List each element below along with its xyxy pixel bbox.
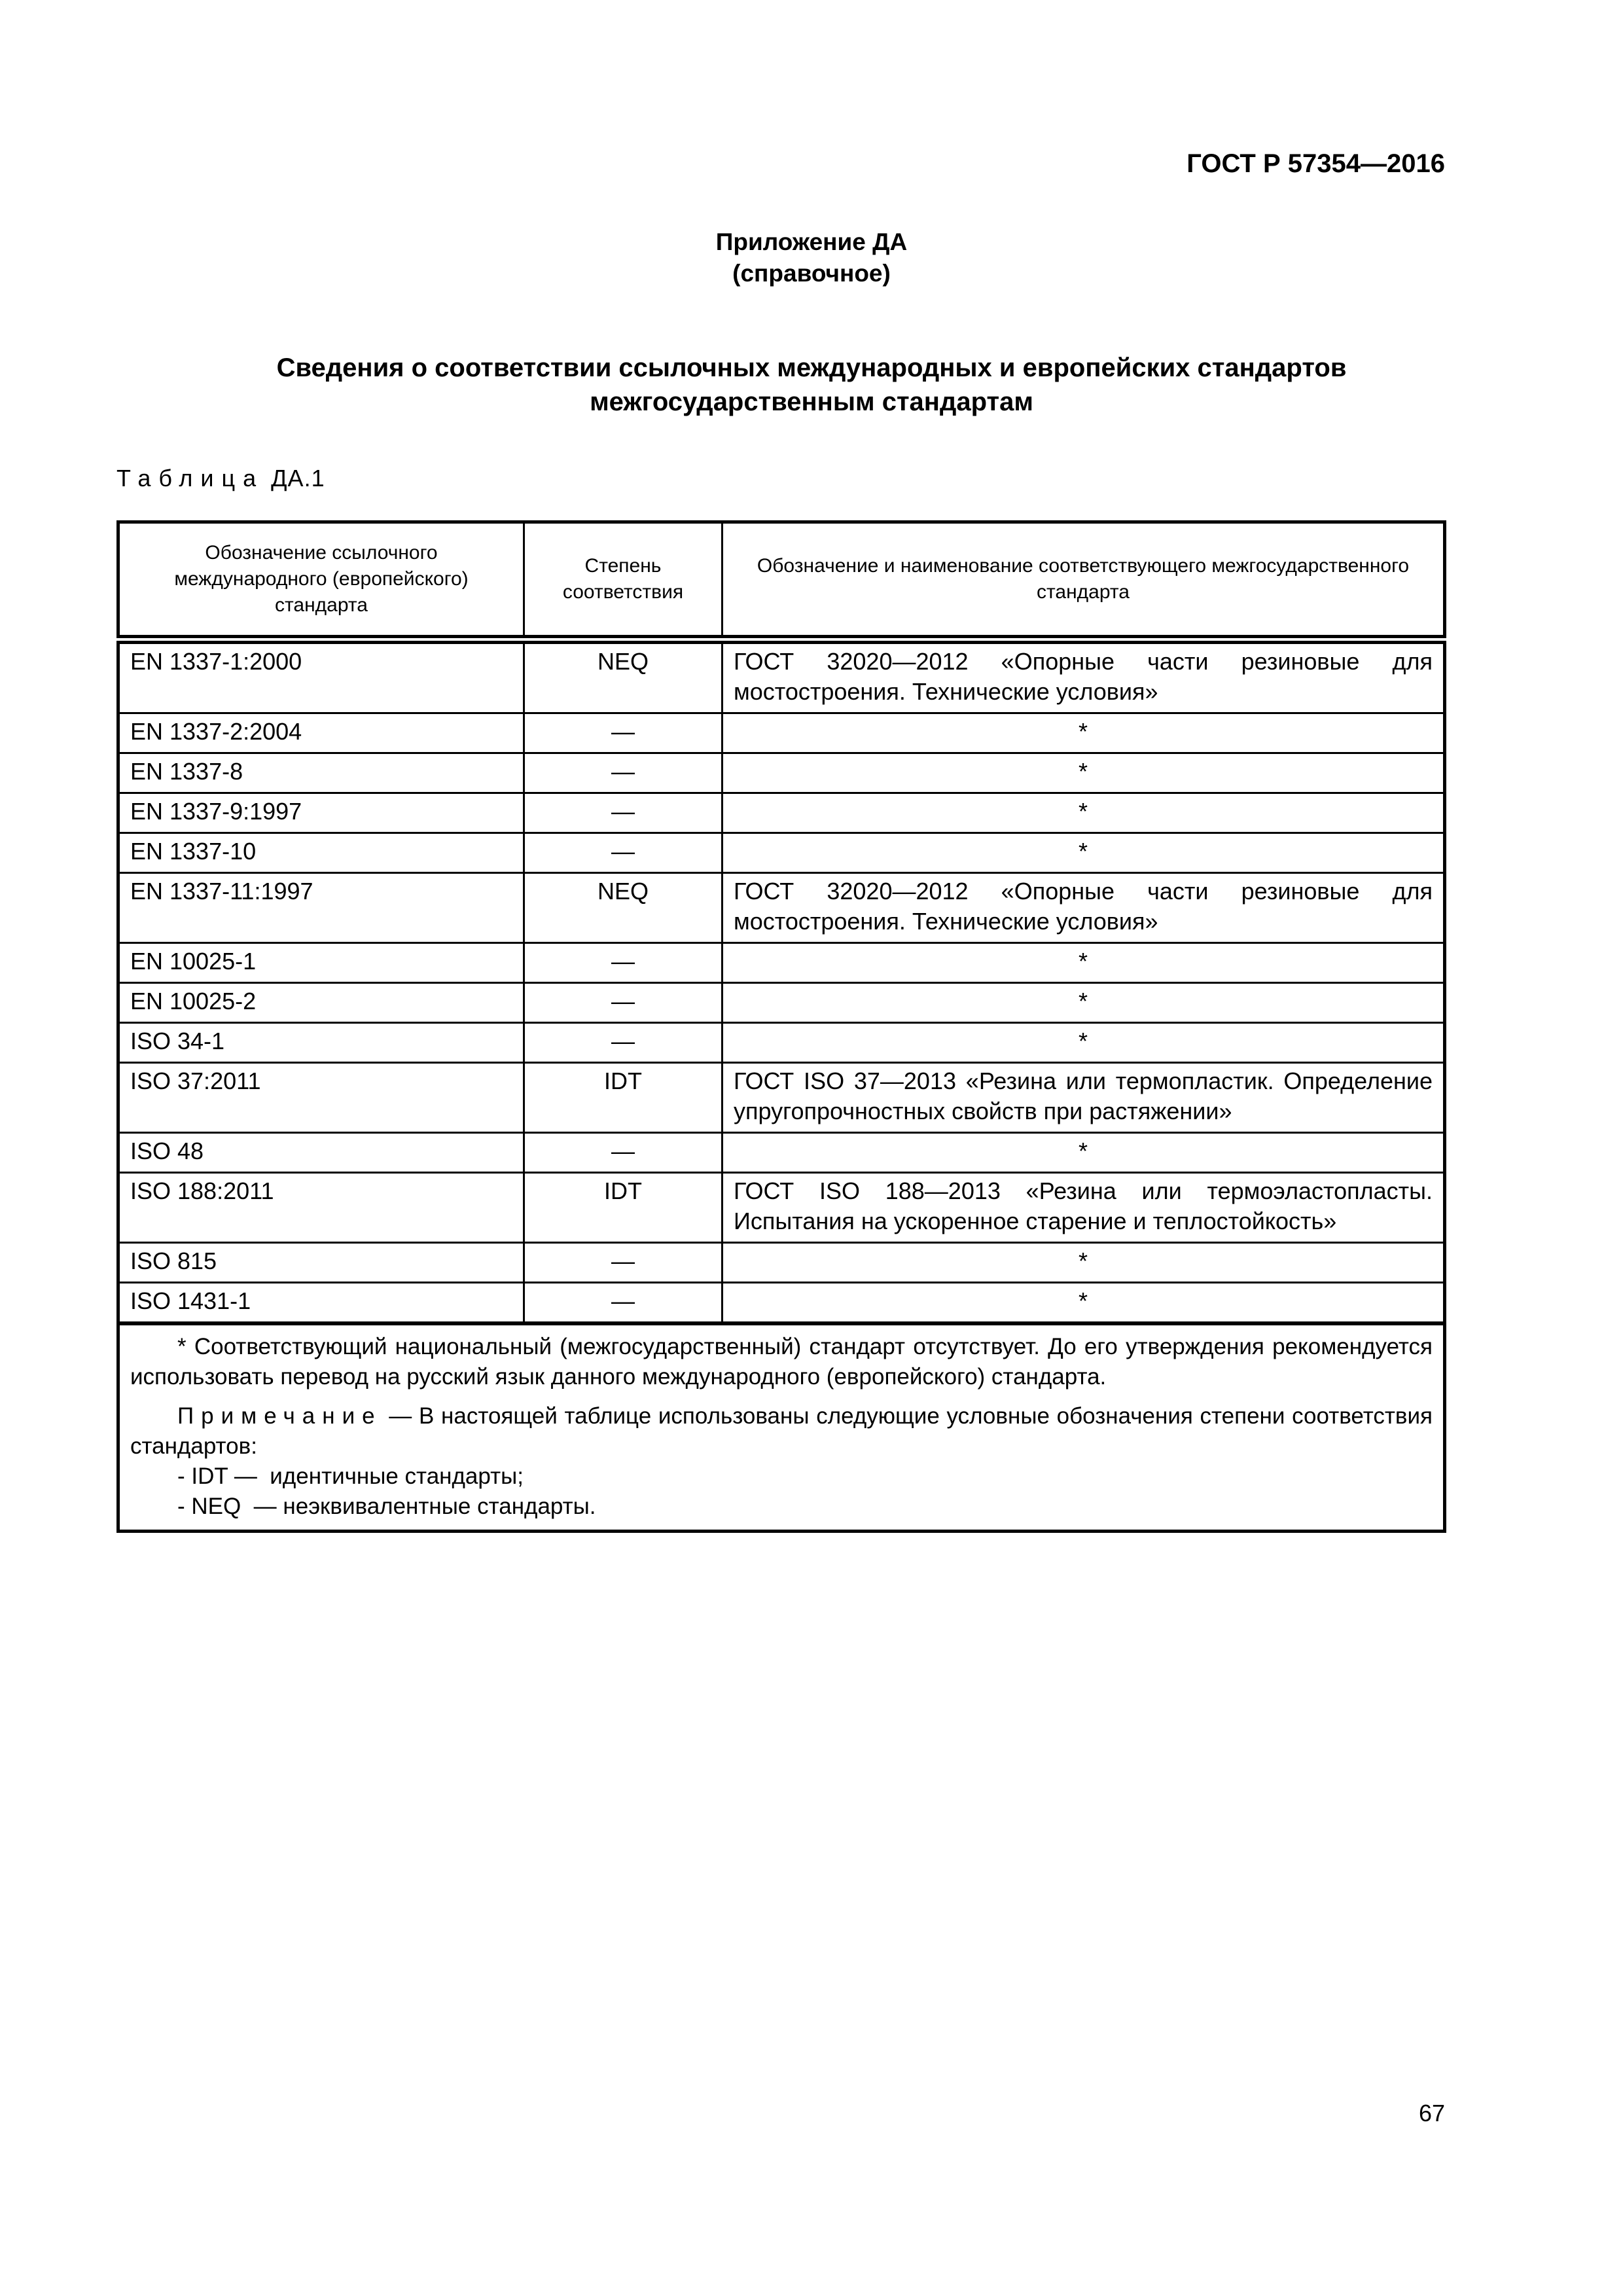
table-row: ISO 48—* bbox=[118, 1133, 1445, 1173]
column-header-degree: Степень соответствия bbox=[524, 522, 722, 640]
cell-reference-standard: ISO 815 bbox=[118, 1243, 524, 1283]
table-row: EN 1337-11:1997NEQГОСТ 32020—2012 «Опорн… bbox=[118, 873, 1445, 943]
table-row: EN 1337-1:2000NEQГОСТ 32020—2012 «Опорны… bbox=[118, 639, 1445, 713]
cell-gost-standard: ГОСТ 32020—2012 «Опорные части резиновые… bbox=[722, 873, 1445, 943]
cell-reference-standard: ISO 1431-1 bbox=[118, 1283, 524, 1324]
cell-reference-standard: EN 1337-8 bbox=[118, 753, 524, 793]
section-title-line-2: межгосударственным стандартам bbox=[0, 385, 1623, 419]
cell-gost-standard: ГОСТ ISO 37—2013 «Резина или термопласти… bbox=[722, 1063, 1445, 1133]
table-notes-row: * Соответствующий национальный (межгосуд… bbox=[118, 1323, 1445, 1532]
cell-reference-standard: EN 10025-2 bbox=[118, 983, 524, 1023]
cell-gost-standard: * bbox=[722, 1283, 1445, 1324]
cell-reference-standard: EN 10025-1 bbox=[118, 943, 524, 983]
cell-gost-standard: * bbox=[722, 713, 1445, 753]
table-row: ISO 1431-1—* bbox=[118, 1283, 1445, 1324]
table-body: EN 1337-1:2000NEQГОСТ 32020—2012 «Опорны… bbox=[118, 639, 1445, 1532]
appendix-title: Приложение ДА bbox=[0, 226, 1623, 258]
page-number: 67 bbox=[1419, 2100, 1445, 2127]
cell-reference-standard: ISO 34-1 bbox=[118, 1023, 524, 1063]
cell-degree: NEQ bbox=[524, 873, 722, 943]
document-code: ГОСТ Р 57354—2016 bbox=[1186, 149, 1445, 179]
cell-reference-standard: ISO 37:2011 bbox=[118, 1063, 524, 1133]
appendix-subtitle: (справочное) bbox=[0, 258, 1623, 289]
table-row: ISO 815—* bbox=[118, 1243, 1445, 1283]
section-title: Сведения о соответствии ссылочных междун… bbox=[0, 351, 1623, 419]
cell-gost-standard: * bbox=[722, 1243, 1445, 1283]
cell-degree: — bbox=[524, 753, 722, 793]
column-header-gost: Обозначение и наименование соответствующ… bbox=[722, 522, 1445, 640]
note-label: Примечание bbox=[177, 1403, 382, 1429]
cell-degree: NEQ bbox=[524, 639, 722, 713]
cell-degree: IDT bbox=[524, 1173, 722, 1243]
table-row: EN 10025-1—* bbox=[118, 943, 1445, 983]
cell-degree: — bbox=[524, 793, 722, 833]
legend-item: - NEQ — неэквивалентные стандарты. bbox=[130, 1492, 1433, 1522]
cell-reference-standard: EN 1337-11:1997 bbox=[118, 873, 524, 943]
note-paragraph: Примечание — В настоящей таблице использ… bbox=[130, 1401, 1433, 1462]
table-caption-id: ДА.1 bbox=[271, 465, 325, 492]
cell-degree: — bbox=[524, 943, 722, 983]
table-row: EN 1337-9:1997—* bbox=[118, 793, 1445, 833]
table-caption-word: Таблица bbox=[116, 465, 264, 492]
cell-degree: — bbox=[524, 983, 722, 1023]
table-notes: * Соответствующий национальный (межгосуд… bbox=[118, 1323, 1445, 1532]
table-caption: Таблица ДА.1 bbox=[116, 465, 325, 492]
cell-reference-standard: EN 1337-2:2004 bbox=[118, 713, 524, 753]
cell-reference-standard: EN 1337-10 bbox=[118, 833, 524, 873]
cell-gost-standard: * bbox=[722, 833, 1445, 873]
appendix-heading: Приложение ДА (справочное) bbox=[0, 226, 1623, 289]
cell-reference-standard: ISO 48 bbox=[118, 1133, 524, 1173]
cell-degree: — bbox=[524, 1133, 722, 1173]
standards-correspondence-table: Обозначение ссылочного международного (е… bbox=[116, 520, 1446, 1533]
cell-degree: — bbox=[524, 1023, 722, 1063]
table-row: ISO 34-1—* bbox=[118, 1023, 1445, 1063]
table-row: ISO 188:2011IDTГОСТ ISO 188—2013 «Резина… bbox=[118, 1173, 1445, 1243]
table-row: EN 1337-8—* bbox=[118, 753, 1445, 793]
table-row: EN 10025-2—* bbox=[118, 983, 1445, 1023]
cell-gost-standard: * bbox=[722, 1133, 1445, 1173]
cell-reference-standard: EN 1337-9:1997 bbox=[118, 793, 524, 833]
column-header-reference: Обозначение ссылочного международного (е… bbox=[118, 522, 524, 640]
cell-reference-standard: ISO 188:2011 bbox=[118, 1173, 524, 1243]
footnote-text: * Соответствующий национальный (межгосуд… bbox=[130, 1332, 1433, 1392]
cell-degree: — bbox=[524, 833, 722, 873]
cell-gost-standard: * bbox=[722, 753, 1445, 793]
cell-gost-standard: * bbox=[722, 943, 1445, 983]
table-row: ISO 37:2011IDTГОСТ ISO 37—2013 «Резина и… bbox=[118, 1063, 1445, 1133]
cell-degree: IDT bbox=[524, 1063, 722, 1133]
section-title-line-1: Сведения о соответствии ссылочных междун… bbox=[0, 351, 1623, 385]
cell-gost-standard: ГОСТ ISO 188—2013 «Резина или термоэласт… bbox=[722, 1173, 1445, 1243]
cell-gost-standard: * bbox=[722, 793, 1445, 833]
cell-reference-standard: EN 1337-1:2000 bbox=[118, 639, 524, 713]
table-row: EN 1337-2:2004—* bbox=[118, 713, 1445, 753]
cell-degree: — bbox=[524, 713, 722, 753]
legend-item: - IDT — идентичные стандарты; bbox=[130, 1462, 1433, 1492]
cell-gost-standard: * bbox=[722, 1023, 1445, 1063]
cell-degree: — bbox=[524, 1243, 722, 1283]
cell-degree: — bbox=[524, 1283, 722, 1324]
cell-gost-standard: * bbox=[722, 983, 1445, 1023]
table-header-row: Обозначение ссылочного международного (е… bbox=[118, 522, 1445, 640]
cell-gost-standard: ГОСТ 32020—2012 «Опорные части резиновые… bbox=[722, 639, 1445, 713]
table-row: EN 1337-10—* bbox=[118, 833, 1445, 873]
